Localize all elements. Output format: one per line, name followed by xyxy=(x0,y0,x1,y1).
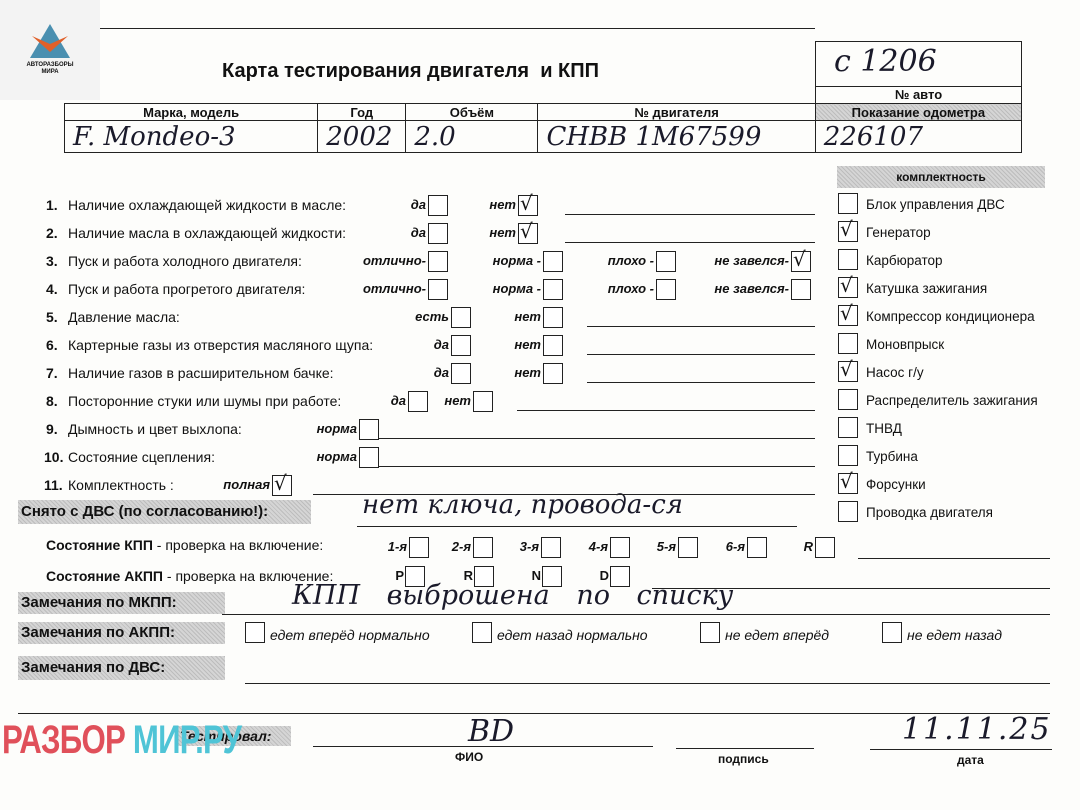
gear-label: N xyxy=(532,568,541,583)
option-label: нет xyxy=(489,197,516,212)
checkbox-4-3[interactable] xyxy=(656,279,676,300)
gear-label: 6-я xyxy=(726,539,745,554)
kit-item-label: Блок управления ДВС xyxy=(866,197,1005,212)
mkpp-line xyxy=(858,558,1050,559)
checkbox-1-1[interactable] xyxy=(428,195,448,216)
check-mark-icon: √ xyxy=(793,248,806,270)
logo-line2: МИРА xyxy=(0,69,100,75)
signature-line xyxy=(676,748,814,749)
checklist-label: Состояние сцепления: xyxy=(68,449,215,465)
checklist-number: 9. xyxy=(46,421,58,437)
kit-checkbox[interactable]: √ xyxy=(838,305,858,326)
checkbox-8-2[interactable] xyxy=(473,391,493,412)
watermark-part1: РАЗБОР xyxy=(2,718,125,762)
kit-item-label: Распределитель зажигания xyxy=(866,393,1038,408)
checkbox-8-1[interactable] xyxy=(408,391,428,412)
kit-checkbox[interactable]: √ xyxy=(838,277,858,298)
tester-fio-value[interactable]: BD xyxy=(468,714,514,749)
kit-item-label: ТНВД xyxy=(866,421,902,436)
checkbox-1-2[interactable]: √ xyxy=(518,195,538,216)
kit-checkbox[interactable] xyxy=(838,417,858,438)
kit-checkbox[interactable] xyxy=(838,193,858,214)
akpp-remark-checkbox[interactable] xyxy=(700,622,720,643)
kit-checkbox[interactable] xyxy=(838,333,858,354)
mkpp-gear-checkbox[interactable] xyxy=(678,537,698,558)
make-value[interactable]: F. Mondeo-3 xyxy=(65,121,318,153)
check-mark-icon: √ xyxy=(840,470,853,492)
kit-title: комплектность xyxy=(837,166,1045,188)
watermark: РАЗБОР МИР.РУ xyxy=(2,718,241,763)
col-year-label: Год xyxy=(318,104,406,121)
checklist-label: Дымность и цвет выхлопа: xyxy=(68,421,242,437)
kit-checkbox[interactable] xyxy=(838,445,858,466)
kit-item-label: Компрессор кондиционера xyxy=(866,309,1035,324)
checkbox-7-1[interactable] xyxy=(451,363,471,384)
option-label: есть xyxy=(415,309,449,324)
check-mark-icon: √ xyxy=(840,274,853,296)
remarks-mkpp-label: Замечания по МКПП: xyxy=(18,592,225,614)
kit-item-label: Насос г/у xyxy=(866,365,924,380)
mkpp-gear-checkbox[interactable] xyxy=(747,537,767,558)
date-line xyxy=(870,749,1052,750)
kit-item-label: Карбюратор xyxy=(866,253,943,268)
check-mark-icon: √ xyxy=(520,192,533,214)
date-value[interactable]: 11.11.25 xyxy=(902,712,1052,747)
checkbox-2-1[interactable] xyxy=(428,223,448,244)
kit-checkbox[interactable] xyxy=(838,389,858,410)
kit-item-label: Моновпрыск xyxy=(866,337,944,352)
checkbox-5-1[interactable] xyxy=(451,307,471,328)
page-title: Карта тестирования двигателя и КПП xyxy=(222,60,599,83)
option-label: да xyxy=(434,337,449,352)
logo-line1: АВТОРАЗБОРЫ xyxy=(0,62,100,68)
notes-line xyxy=(517,410,815,411)
gear-label: 4-я xyxy=(589,539,608,554)
checkbox-3-3[interactable] xyxy=(656,251,676,272)
option-label: отлично- xyxy=(363,281,426,296)
checklist-label: Пуск и работа прогретого двигателя: xyxy=(68,281,305,297)
checklist-number: 7. xyxy=(46,365,58,381)
kit-item-label: Проводка двигателя xyxy=(866,505,993,520)
checklist-label: Давление масла: xyxy=(68,309,180,325)
option-label: нет xyxy=(514,309,541,324)
akpp-gear-checkbox[interactable] xyxy=(542,566,562,587)
logo: АВТОРАЗБОРЫ МИРА xyxy=(0,0,100,100)
notes-line xyxy=(379,438,815,439)
akpp-remark-label: едет вперёд нормально xyxy=(270,627,430,643)
mkpp-gear-checkbox[interactable] xyxy=(541,537,561,558)
volume-value[interactable]: 2.0 xyxy=(406,121,538,153)
checkbox-6-1[interactable] xyxy=(451,335,471,356)
mkpp-gear-checkbox[interactable] xyxy=(473,537,493,558)
kit-item-label: Форсунки xyxy=(866,477,926,492)
mountain-logo-icon xyxy=(28,22,72,60)
fio-caption: ФИО xyxy=(455,750,483,764)
notes-line xyxy=(565,242,815,243)
option-label: нет xyxy=(514,337,541,352)
checkbox-3-1[interactable] xyxy=(428,251,448,272)
checkbox-3-2[interactable] xyxy=(543,251,563,272)
option-label: полная xyxy=(223,477,270,492)
remarks-dvs-line xyxy=(245,683,1050,684)
akpp-remark-checkbox[interactable] xyxy=(882,622,902,643)
notes-line xyxy=(587,326,815,327)
mkpp-gear-checkbox[interactable] xyxy=(610,537,630,558)
notes-line xyxy=(313,494,815,495)
auto-number-box: c 1206 № авто xyxy=(815,41,1022,103)
date-caption: дата xyxy=(957,753,984,767)
checkbox-6-2[interactable] xyxy=(543,335,563,356)
remarks-mkpp-value[interactable]: КПП выброшена по списку xyxy=(292,580,733,611)
remarks-akpp-label: Замечания по АКПП: xyxy=(18,622,225,644)
notes-line xyxy=(587,354,815,355)
akpp-remark-label: не едет назад xyxy=(907,627,1002,643)
checklist-number: 8. xyxy=(46,393,58,409)
odometer-value[interactable]: 226107 xyxy=(815,121,1021,153)
option-label: норма - xyxy=(493,281,541,296)
mkpp-label: Состояние КПП - проверка на включение: xyxy=(46,537,323,553)
checklist-label: Комплектность : xyxy=(68,477,174,493)
removed-label: Снято с ДВС (по согласованию!): xyxy=(18,500,311,524)
remarks-dvs-label: Замечания по ДВС: xyxy=(18,656,225,680)
watermark-part2: МИР.РУ xyxy=(133,718,241,762)
akpp-label: Состояние АКПП - проверка на включение: xyxy=(46,568,333,584)
checkbox-7-2[interactable] xyxy=(543,363,563,384)
checkbox-11-1[interactable]: √ xyxy=(272,475,292,496)
mkpp-gear-checkbox[interactable] xyxy=(815,537,835,558)
col-volume-label: Объём xyxy=(406,104,538,121)
akpp-gear-checkbox[interactable] xyxy=(610,566,630,587)
checklist-label: Наличие масла в охлаждающей жидкости: xyxy=(68,225,346,241)
check-mark-icon: √ xyxy=(840,218,853,240)
col-engine-label: № двигателя xyxy=(538,104,815,121)
col-odometer-label: Показание одометра xyxy=(815,104,1021,121)
year-value[interactable]: 2002 xyxy=(318,121,406,153)
signature-caption: подпись xyxy=(718,752,769,766)
checkbox-9-1[interactable] xyxy=(359,419,379,440)
gear-label: 3-я xyxy=(520,539,539,554)
option-label: нет xyxy=(489,225,516,240)
kit-checkbox[interactable]: √ xyxy=(838,473,858,494)
checklist-label: Картерные газы из отверстия масляного щу… xyxy=(68,337,373,353)
check-mark-icon: √ xyxy=(840,302,853,324)
option-label: норма - xyxy=(493,253,541,268)
gear-label: R xyxy=(464,568,473,583)
auto-number-label: № авто xyxy=(816,86,1021,102)
kit-item-label: Генератор xyxy=(866,225,931,240)
option-label: да xyxy=(391,393,406,408)
checkbox-4-2[interactable] xyxy=(543,279,563,300)
option-label: норма xyxy=(317,449,357,464)
option-label: да xyxy=(434,365,449,380)
check-mark-icon: √ xyxy=(520,220,533,242)
notes-line xyxy=(565,214,815,215)
gear-label: 1-я xyxy=(388,539,407,554)
option-label: отлично- xyxy=(363,253,426,268)
akpp-remark-label: не едет вперёд xyxy=(725,627,829,643)
remarks-mkpp-line xyxy=(222,614,1050,615)
gear-label: 2-я xyxy=(452,539,471,554)
kit-checkbox[interactable]: √ xyxy=(838,221,858,242)
akpp-gear-checkbox[interactable] xyxy=(405,566,425,587)
remarks-extra-line xyxy=(18,713,1050,714)
top-rule xyxy=(100,28,815,29)
gear-label: P xyxy=(395,568,404,583)
option-label: нет xyxy=(514,365,541,380)
checkbox-3-4[interactable]: √ xyxy=(791,251,811,272)
kit-checkbox[interactable]: √ xyxy=(838,361,858,382)
gear-label: R xyxy=(804,539,813,554)
checkbox-4-4[interactable] xyxy=(791,279,811,300)
option-label: норма xyxy=(317,421,357,436)
col-make-label: Марка, модель xyxy=(65,104,318,121)
akpp-remark-label: едет назад нормально xyxy=(497,627,648,643)
checklist-number: 3. xyxy=(46,253,58,269)
checklist-number: 10. xyxy=(44,449,63,465)
removed-line xyxy=(357,526,797,527)
notes-line xyxy=(379,466,815,467)
option-label: плохо - xyxy=(608,281,654,296)
checklist-number: 6. xyxy=(46,337,58,353)
kit-item-label: Катушка зажигания xyxy=(866,281,987,296)
checklist-label: Пуск и работа холодного двигателя: xyxy=(68,253,302,269)
gear-label: 5-я xyxy=(657,539,676,554)
option-label: да xyxy=(411,197,426,212)
option-label: не завелся- xyxy=(714,281,789,296)
checklist-label: Наличие газов в расширительном бачке: xyxy=(68,365,334,381)
engine-value[interactable]: CHBB 1M67599 xyxy=(538,121,815,153)
check-mark-icon: √ xyxy=(274,472,287,494)
kit-item-label: Турбина xyxy=(866,449,918,464)
checkbox-4-1[interactable] xyxy=(428,279,448,300)
akpp-remark-checkbox[interactable] xyxy=(245,622,265,643)
checkbox-5-2[interactable] xyxy=(543,307,563,328)
checkbox-10-1[interactable] xyxy=(359,447,379,468)
kit-checkbox[interactable] xyxy=(838,249,858,270)
check-mark-icon: √ xyxy=(840,358,853,380)
akpp-remark-checkbox[interactable] xyxy=(472,622,492,643)
auto-number-value[interactable]: c 1206 xyxy=(834,44,937,79)
kit-checkbox[interactable] xyxy=(838,501,858,522)
checklist-label: Наличие охлаждающей жидкости в масле: xyxy=(68,197,346,213)
checklist-number: 2. xyxy=(46,225,58,241)
checklist-label: Посторонние стуки или шумы при работе: xyxy=(68,393,341,409)
checklist-number: 11. xyxy=(44,477,63,493)
gear-label: D xyxy=(600,568,609,583)
checklist-number: 1. xyxy=(46,197,58,213)
option-label: да xyxy=(411,225,426,240)
vehicle-table: Марка, модель Год Объём № двигателя Пока… xyxy=(64,103,1022,153)
notes-line xyxy=(587,382,815,383)
option-label: плохо - xyxy=(608,253,654,268)
checkbox-2-2[interactable]: √ xyxy=(518,223,538,244)
checklist-number: 4. xyxy=(46,281,58,297)
option-label: не завелся- xyxy=(714,253,789,268)
akpp-gear-checkbox[interactable] xyxy=(474,566,494,587)
checklist-number: 5. xyxy=(46,309,58,325)
option-label: нет xyxy=(444,393,471,408)
mkpp-gear-checkbox[interactable] xyxy=(409,537,429,558)
